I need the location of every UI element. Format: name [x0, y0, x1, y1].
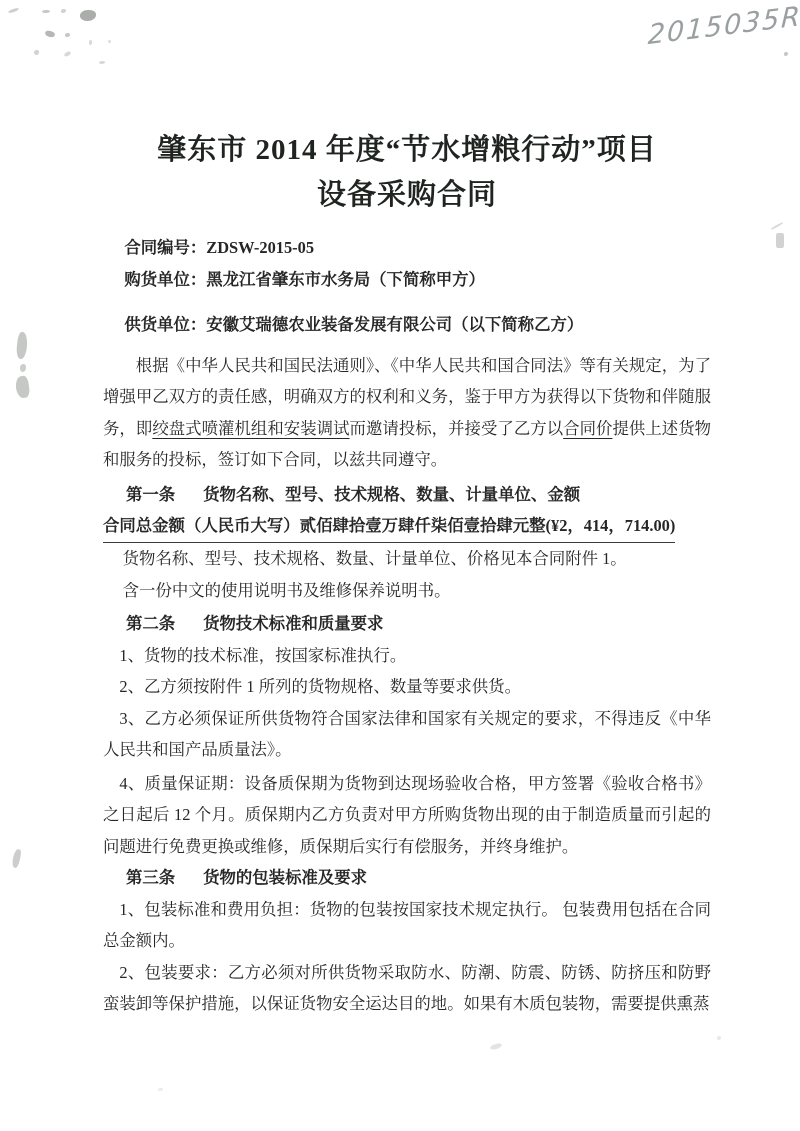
- article1-title: 货物名称、型号、技术规格、数量、计量单位、金额: [203, 485, 580, 504]
- article2-item-4: 4、质量保证期：设备质保期为货物到达现场验收合格，甲方签署《验收合格书》之日起后…: [103, 768, 711, 863]
- article1-heading: 第一条货物名称、型号、技术规格、数量、计量单位、金额: [103, 479, 711, 511]
- scan-artifact: [770, 222, 783, 230]
- scan-artifact: [99, 61, 105, 64]
- scan-artifact: [61, 9, 66, 13]
- article2-heading: 第二条货物技术标准和质量要求: [103, 608, 711, 640]
- buyer-label: 购货单位：: [124, 270, 206, 289]
- total-amount-line: 合同总金额（人民币大写）贰佰肆拾壹万肆仟柒佰壹拾肆元整(¥2，414，714.0…: [103, 510, 711, 543]
- scan-artifact: [784, 52, 788, 56]
- total-amount-text: 合同总金额（人民币大写）贰佰肆拾壹万肆仟柒佰壹拾肆元整(¥2，414，714.0…: [103, 511, 675, 543]
- buyer-value: 黑龙江省肇东市水务局（下简称甲方）: [206, 270, 485, 289]
- supplier-line: 供货单位：安徽艾瑞德农业装备发展有限公司（以下简称乙方）: [103, 309, 711, 341]
- scan-artifact: [20, 364, 26, 372]
- article3-number: 第三条: [126, 868, 175, 887]
- title-line-1: 肇东市 2014 年度“节水增粮行动”项目: [103, 128, 711, 173]
- scan-artifact: [717, 1036, 721, 1040]
- scan-artifact: [63, 51, 71, 58]
- article2-item-1: 1、货物的技术标准，按国家标准执行。: [103, 640, 711, 672]
- article3-item-1: 1、包装标准和费用负担：货物的包装按国家技术规定执行。 包装费用包括在合同总金额…: [103, 894, 711, 957]
- scan-artifact: [158, 1088, 163, 1091]
- contract-body: 肇东市 2014 年度“节水增粮行动”项目 设备采购合同 合同编号：ZDSW-2…: [103, 128, 711, 1020]
- preamble-text-2: 而邀请投标，并接受了乙方以: [350, 419, 564, 438]
- document-title: 肇东市 2014 年度“节水增粮行动”项目 设备采购合同: [103, 128, 711, 218]
- scan-artifact: [15, 375, 31, 399]
- article3-title: 货物的包装标准及要求: [203, 868, 367, 887]
- contract-number-label: 合同编号：: [124, 238, 206, 257]
- supplier-value: 安徽艾瑞德农业装备发展有限公司（以下简称乙方）: [206, 315, 583, 334]
- article1-line3: 含一份中文的使用说明书及维修保养说明书。: [103, 575, 711, 607]
- supplier-label: 供货单位：: [124, 315, 206, 334]
- scan-artifact: [16, 332, 29, 360]
- contract-document-page: 2015035R 肇东市 2014 年度“节水增粮行动”项目 设备采购合同 合同…: [0, 0, 800, 1131]
- article2-title: 货物技术标准和质量要求: [203, 614, 383, 633]
- contract-number-line: 合同编号：ZDSW-2015-05: [103, 232, 711, 264]
- scan-artifact: [8, 7, 19, 13]
- scan-artifact: [89, 40, 92, 45]
- scan-artifact: [42, 10, 50, 13]
- preamble-paragraph: 根据《中华人民共和国民法通则》、《中华人民共和国合同法》等有关规定，为了增强甲乙…: [103, 350, 711, 476]
- scan-artifact: [34, 50, 39, 55]
- handwritten-code: 2015035R: [647, 1, 800, 51]
- preamble-underlined-goods: 绞盘式喷灌机组和安装调试: [152, 419, 349, 438]
- scan-artifact: [490, 1043, 503, 1051]
- scan-artifact: [65, 33, 70, 37]
- article2-item-2: 2、乙方须按附件 1 所列的货物规格、数量等要求供货。: [103, 671, 711, 703]
- article2-number: 第二条: [126, 614, 175, 633]
- scan-artifact: [776, 233, 784, 248]
- scan-artifact: [44, 29, 55, 38]
- article3-item-2: 2、包装要求：乙方必须对所供货物采取防水、防潮、防震、防锈、防挤压和防野蛮装卸等…: [103, 957, 711, 1020]
- scan-artifact: [11, 848, 22, 868]
- article1-line2: 货物名称、型号、技术规格、数量、计量单位、价格见本合同附件 1。: [103, 543, 711, 575]
- scan-artifact: [80, 10, 96, 21]
- article2-item-3: 3、乙方必须保证所供货物符合国家法律和国家有关规定的要求，不得违反《中华人民共和…: [103, 703, 711, 766]
- article1-number: 第一条: [126, 485, 175, 504]
- preamble-underlined-price: 合同价: [563, 419, 612, 438]
- scan-artifact: [108, 40, 111, 43]
- buyer-line: 购货单位：黑龙江省肇东市水务局（下简称甲方）: [103, 264, 711, 296]
- title-line-2: 设备采购合同: [103, 173, 711, 218]
- contract-number-value: ZDSW-2015-05: [206, 238, 314, 257]
- article3-heading: 第三条货物的包装标准及要求: [103, 862, 711, 894]
